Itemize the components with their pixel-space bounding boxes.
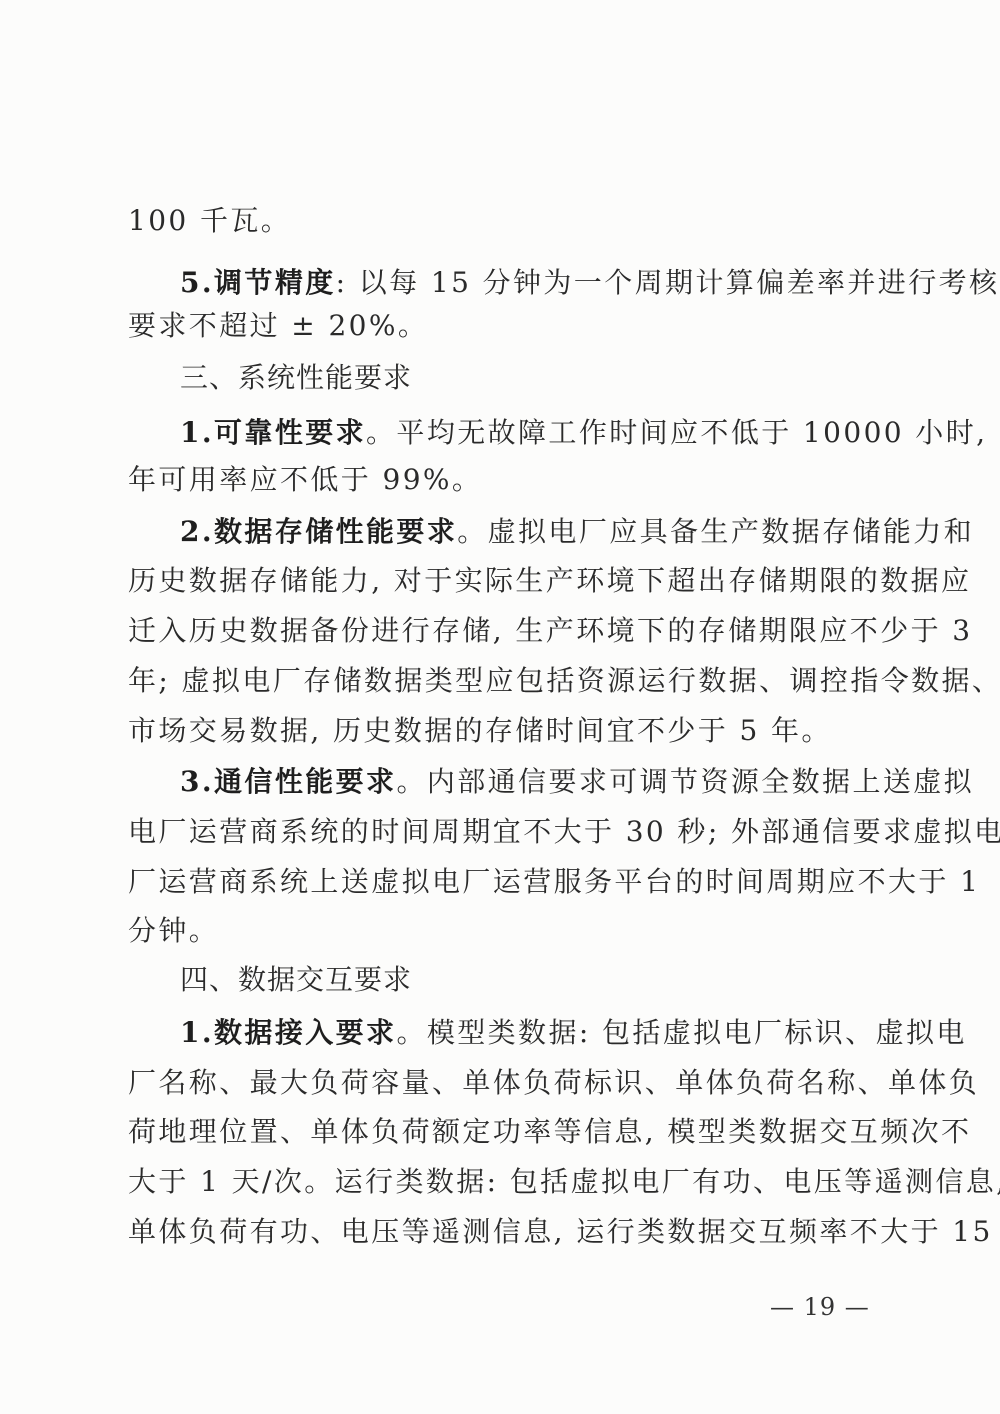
text-line: 厂名称、最大负荷容量、单体负荷标识、单体负荷名称、单体负 <box>128 1063 873 1103</box>
paragraph-communication: 3.通信性能要求。内部通信要求可调节资源全数据上送虚拟 <box>180 762 873 802</box>
item-title: 1.数据接入要求 <box>180 1016 396 1049</box>
item-title: 2.数据存储性能要求 <box>180 515 457 548</box>
line-text: : 以每 15 分钟为一个周期计算偏差率并进行考核, <box>336 266 1000 299</box>
line-text: 市场交易数据, 历史数据的存储时间宜不少于 5 年。 <box>128 714 832 747</box>
line-text: 。内部通信要求可调节资源全数据上送虚拟 <box>396 765 974 798</box>
line-text: 单体负荷有功、电压等遥测信息, 运行类数据交互频率不大于 15 <box>128 1215 993 1248</box>
section-heading-text: 四、数据交互要求 <box>180 963 412 996</box>
line-text: 。平均无故障工作时间应不低于 10000 小时, <box>366 416 987 449</box>
paragraph-data-storage: 2.数据存储性能要求。虚拟电厂应具备生产数据存储能力和 <box>180 512 873 552</box>
text-line: 分钟。 <box>128 911 873 951</box>
line-text: 。虚拟电厂应具备生产数据存储能力和 <box>457 515 974 548</box>
text-line: 历史数据存储能力, 对于实际生产环境下超出存储期限的数据应 <box>128 561 873 601</box>
paragraph-reliability: 1.可靠性要求。平均无故障工作时间应不低于 10000 小时, <box>180 413 873 453</box>
text-line: 厂运营商系统上送虚拟电厂运营服务平台的时间周期应不大于 1 <box>128 862 873 902</box>
paragraph-adjust-precision: 5.调节精度: 以每 15 分钟为一个周期计算偏差率并进行考核, <box>180 263 873 303</box>
section-heading-data-interaction: 四、数据交互要求 <box>180 960 873 1000</box>
item-title: 3.通信性能要求 <box>180 765 396 798</box>
text-line: 迁入历史数据备份进行存储, 生产环境下的存储期限应不少于 3 <box>128 611 873 651</box>
line-text: 厂名称、最大负荷容量、单体负荷标识、单体负荷名称、单体负 <box>128 1066 979 1099</box>
text-line: 电厂运营商系统的时间周期宜不大于 30 秒; 外部通信要求虚拟电 <box>128 812 873 852</box>
text-line: 年; 虚拟电厂存储数据类型应包括资源运行数据、调控指令数据、 <box>128 661 873 701</box>
text-line: 大于 1 天/次。运行类数据: 包括虚拟电厂有功、电压等遥测信息, <box>128 1162 873 1202</box>
text-line: 要求不超过 ± 20%。 <box>128 306 873 346</box>
line-text: 厂运营商系统上送虚拟电厂运营服务平台的时间周期应不大于 1 <box>128 865 980 898</box>
section-heading-text: 三、系统性能要求 <box>180 361 412 394</box>
text-line: 荷地理位置、单体负荷额定功率等信息, 模型类数据交互频次不 <box>128 1112 873 1152</box>
item-title: 1.可靠性要求 <box>180 416 366 449</box>
text-line: 100 千瓦。 <box>128 201 873 241</box>
line-text: 年; 虚拟电厂存储数据类型应包括资源运行数据、调控指令数据、 <box>128 664 1000 697</box>
item-title: 5.调节精度 <box>180 266 336 299</box>
line-text: 迁入历史数据备份进行存储, 生产环境下的存储期限应不少于 3 <box>128 614 973 647</box>
line-text: 大于 1 天/次。运行类数据: 包括虚拟电厂有功、电压等遥测信息, <box>128 1165 1000 1198</box>
document-page: 100 千瓦。 5.调节精度: 以每 15 分钟为一个周期计算偏差率并进行考核,… <box>0 0 1000 1414</box>
text-line: 单体负荷有功、电压等遥测信息, 运行类数据交互频率不大于 15 <box>128 1212 873 1252</box>
line-text: 分钟。 <box>128 914 219 947</box>
line-text: 荷地理位置、单体负荷额定功率等信息, 模型类数据交互频次不 <box>128 1115 971 1148</box>
line-text: 。模型类数据: 包括虚拟电厂标识、虚拟电 <box>396 1016 966 1049</box>
section-heading-system-performance: 三、系统性能要求 <box>180 358 873 398</box>
text-line: 市场交易数据, 历史数据的存储时间宜不少于 5 年。 <box>128 711 873 751</box>
line-text: 年可用率应不低于 99%。 <box>128 463 482 496</box>
line-text: 100 千瓦。 <box>128 204 291 237</box>
text-line: 年可用率应不低于 99%。 <box>128 460 873 500</box>
line-text: 要求不超过 ± 20%。 <box>128 309 428 342</box>
page-number: — 19 — <box>770 1292 870 1322</box>
paragraph-data-access: 1.数据接入要求。模型类数据: 包括虚拟电厂标识、虚拟电 <box>180 1013 873 1053</box>
line-text: 电厂运营商系统的时间周期宜不大于 30 秒; 外部通信要求虚拟电 <box>128 815 1000 848</box>
line-text: 历史数据存储能力, 对于实际生产环境下超出存储期限的数据应 <box>128 564 971 597</box>
